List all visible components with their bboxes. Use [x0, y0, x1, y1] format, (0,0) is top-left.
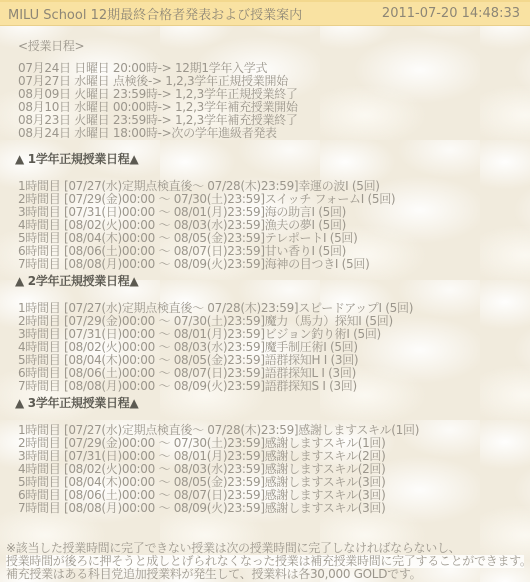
section-title-grade1: ▲ 1学年正規授業日程▲ [15, 153, 524, 166]
lesson-list-grade1: 1時間目 [07/27(水)定期点検直後～ 07/28(木)23:59]幸運の波… [18, 180, 524, 271]
lesson-row: 7時間目 [08/08(月)00:00 ～ 08/09(火)23:59]語群探知… [18, 380, 524, 393]
footer-note: ※該当した授業時間に完了できない授業は次の授業時間に完了しなければならないし、 … [6, 542, 524, 581]
notice-datetime: 2011-07-20 14:48:33 [382, 6, 520, 21]
schedule-event: 08月24日 水曜日 18:00時->次の学年進級者発表 [18, 127, 524, 140]
lesson-list-grade3: 1時間目 [07/27(水)定期点検直後～ 07/28(木)23:59]感謝しま… [18, 424, 524, 515]
section-title-grade2: ▲ 2学年正規授業日程▲ [15, 275, 524, 288]
lesson-list-grade2: 1時間目 [07/27(水)定期点検直後～ 07/28(木)23:59]スピード… [18, 302, 524, 393]
notice-title: MILU School 12期最終合格者発表および授業案内 [8, 4, 302, 23]
notice-body: <授業日程> 07月24日 日曜日 20:00時-> 12期1学年入学式 07月… [0, 26, 530, 581]
lesson-row: 7時間目 [08/08(月)00:00 ～ 08/09(火)23:59]感謝しま… [18, 502, 524, 515]
schedule-event-list: 07月24日 日曜日 20:00時-> 12期1学年入学式 07月27日 水曜日… [18, 62, 524, 140]
footer-note-line: 補充授業はある科目党追加授業料が発生して、授業料は各30,000 GOLDです。 [6, 568, 524, 581]
lesson-row: 7時間目 [08/08(月)00:00 ～ 08/09(火)23:59]海神の目… [18, 258, 524, 271]
schedule-heading: <授業日程> [18, 40, 524, 53]
notice-titlebar: MILU School 12期最終合格者発表および授業案内 2011-07-20… [0, 0, 530, 26]
section-title-grade3: ▲ 3学年正規授業日程▲ [15, 397, 524, 410]
